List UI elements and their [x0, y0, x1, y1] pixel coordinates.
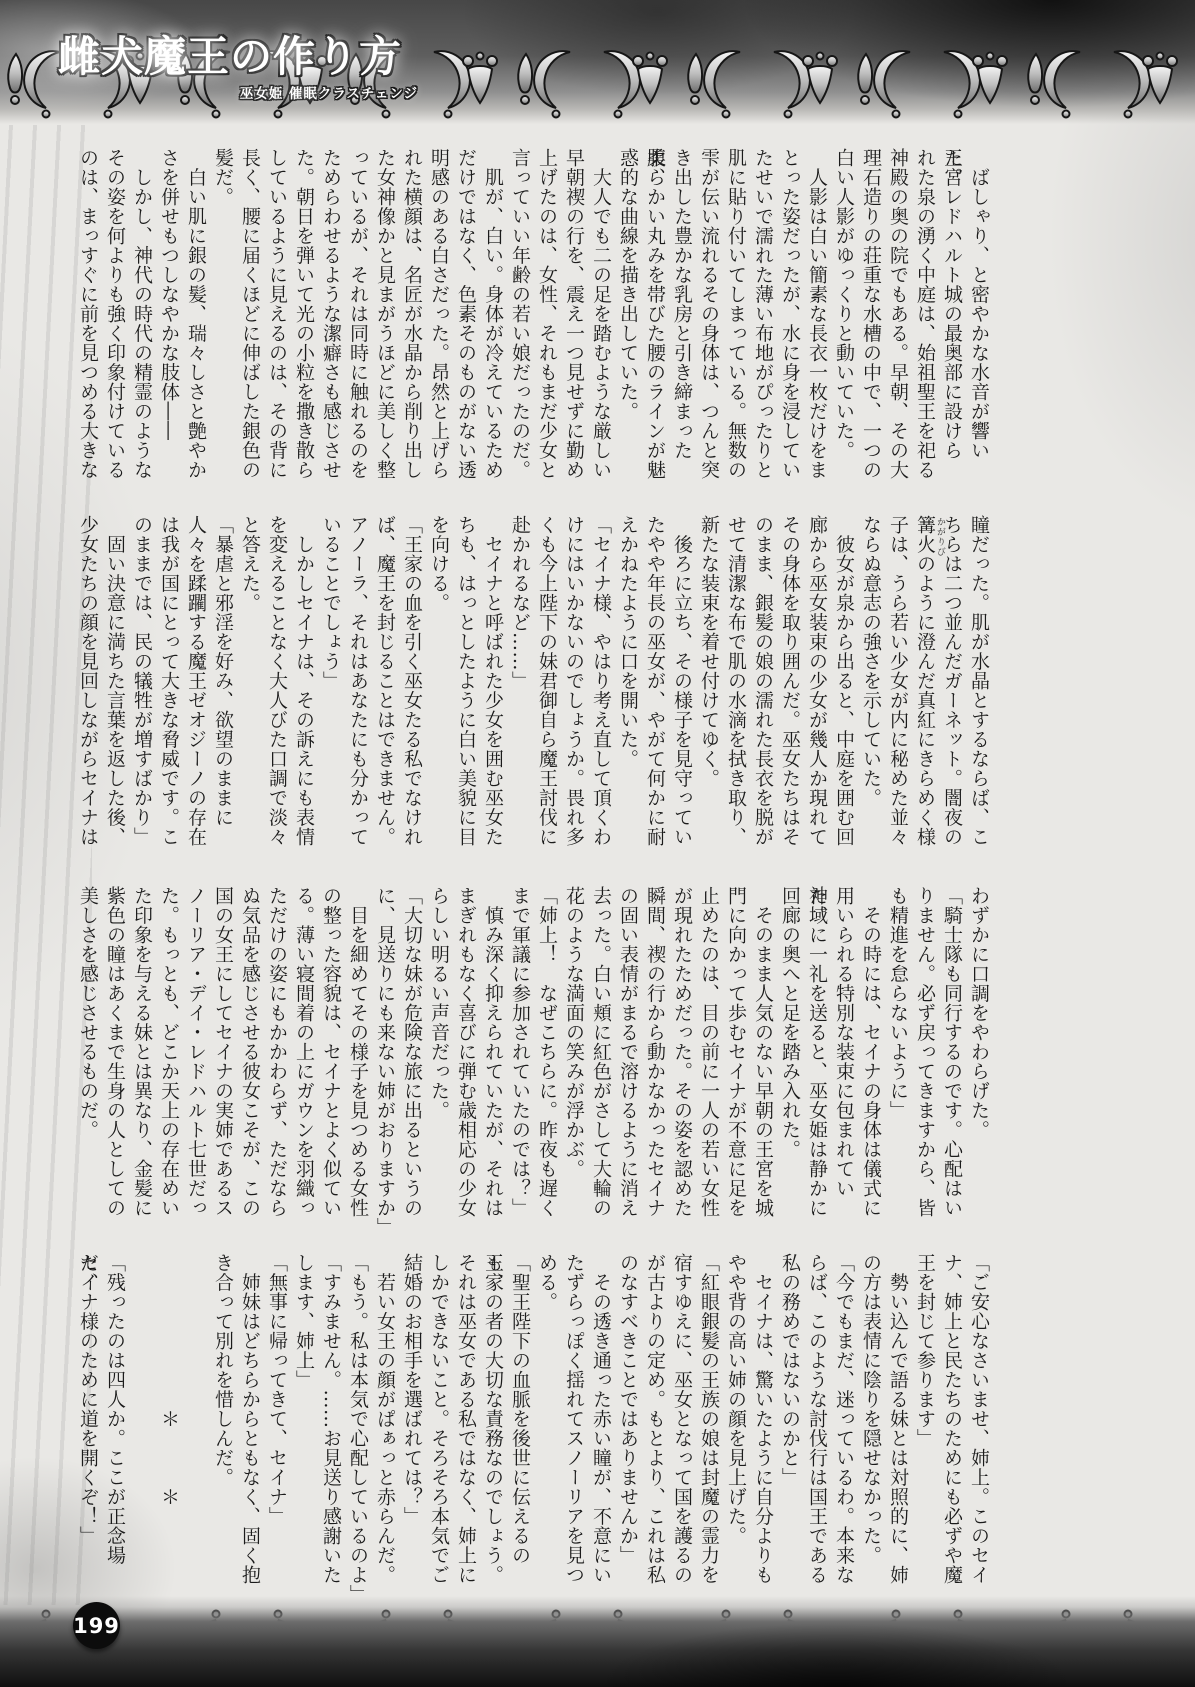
text-column: 理石造りの荘重な水槽の中で、一つの — [857, 148, 884, 494]
text-column: 雫が伝い流れるその身体は、つんと突 — [695, 148, 722, 494]
text-column: 人影は白い簡素な長衣一枚だけをま — [803, 148, 830, 494]
text-column: 「騎士隊も同行するのです。心配はい — [938, 886, 965, 1232]
text-column: き出した豊かな乳房と引き締まった腹、 — [668, 148, 695, 494]
novel-page: 雌犬魔王の作り方 巫女姫 催眠クラスチェンジ ばしゃり、と密やかな水音が響いた。… — [0, 0, 1195, 1687]
text-column: たやや年長の巫女が、やがて何かに耐 — [641, 515, 668, 861]
text-column: 去った。白い頬に紅色がさして大輪の — [587, 886, 614, 1232]
text-column: ならぬ意志の強さを示していた。 — [857, 515, 884, 861]
text-column: 私の務めではないのかと」 — [776, 1253, 803, 1599]
text-column: る。薄い寝間着の上にガウンを羽織っ — [290, 886, 317, 1232]
book-title: 雌犬魔王の作り方 — [58, 34, 418, 80]
text-column: 新たな装束を着せ付けてゆく。 — [695, 515, 722, 861]
text-column: 上げたのは、女性、それもまだ少女と — [533, 148, 560, 494]
text-column: 固い決意に満ちた言葉を返した後、 — [101, 515, 128, 861]
text-column: 止めたのは、目の前に一人の若い女性 — [695, 886, 722, 1232]
text-column: 神殿の奥の院でもある。早朝、その大 — [884, 148, 911, 494]
text-column: 若い女王の顔がぱぁっと赤らんだ。 — [371, 1253, 398, 1599]
text-column: 長く、腰に届くほどに伸ばした銀色の — [236, 148, 263, 494]
book-subtitle: 巫女姫 催眠クラスチェンジ — [58, 82, 418, 102]
text-column: 結婚のお相手を選ばれては？」 — [398, 1253, 425, 1599]
text-band-1: ばしゃり、と密やかな水音が響いた。王宮レドハルト城の最奥部に設けられた泉の湧く中… — [74, 148, 992, 494]
text-column: 大人でも二の足を踏むような厳しい — [587, 148, 614, 494]
text-column: 彼女が泉から出ると、中庭を囲む回 — [830, 515, 857, 861]
text-column — [182, 1253, 209, 1599]
text-column: 廊から巫女装束の少女が幾人か現れて — [803, 515, 830, 861]
text-column: ノーリア・デイ・レドハルト七世だっ — [182, 886, 209, 1232]
text-column: そのまま人気のない早朝の王宮を城 — [749, 886, 776, 1232]
text-column: その身体を取り囲んだ。巫女たちはそ — [776, 515, 803, 861]
text-column: 宿すゆえに、巫女となって国を護るの — [668, 1253, 695, 1599]
text-column: 白い人影がゆっくりと動いていた。 — [830, 148, 857, 494]
text-column: 勢い込んで語る妹とは対照的に、姉 — [884, 1253, 911, 1599]
text-column: セイナと呼ばれた少女を囲む巫女た — [479, 515, 506, 861]
text-column: 肌に貼り付いてしまっている。無数の — [722, 148, 749, 494]
text-column: やや背の高い姉の顔を見上げた。 — [722, 1253, 749, 1599]
text-column: たせいで濡れた薄い布地がぴったりと — [749, 148, 776, 494]
text-column: 赴かれるなど……」 — [506, 515, 533, 861]
text-column: の固い表情がまるで溶けるように消え — [614, 886, 641, 1232]
text-column: のままでは、民の犠牲が増すばかり」 — [128, 515, 155, 861]
text-column: 「今でもまだ、迷っているわ。本来な — [830, 1253, 857, 1599]
text-column: れた横顔は、名匠が水晶から削り出し — [398, 148, 425, 494]
text-column: 「もう。私は本気で心配しているのよ」 — [344, 1253, 371, 1599]
text-column: 「大切な妹が危険な旅に出るというの — [398, 886, 425, 1232]
text-column: れた泉の湧く中庭は、始祖聖王を祀る — [911, 148, 938, 494]
text-column: アノーラ、それはあなたにも分かって — [344, 515, 371, 861]
text-column: 神域に一礼を送ると、巫女姫は静かに — [803, 886, 830, 1232]
text-column: まで軍議に参加されていたのでは？」 — [506, 886, 533, 1232]
text-column: らしい明るい声音だった。 — [425, 886, 452, 1232]
title-block: 雌犬魔王の作り方 巫女姫 催眠クラスチェンジ — [58, 34, 418, 102]
text-column: しかできないこと。そろそろ本気でご — [425, 1253, 452, 1599]
text-column: せて清潔な布で肌の水滴を拭き取り、 — [722, 515, 749, 861]
text-column: の整った容貌は、セイナとよく似てい — [317, 886, 344, 1232]
text-column: と答えた。 — [236, 515, 263, 861]
text-column: しかし、神代の時代の精霊のような — [128, 148, 155, 494]
text-column: 門に向かって歩むセイナが不意に足を — [722, 886, 749, 1232]
text-column — [128, 1253, 155, 1599]
furigana-ruby: かがりび — [934, 517, 947, 567]
text-column: ただけの姿にもかかわらず、ただなら — [263, 886, 290, 1232]
text-column: たずらっぽく揺れてスノーリアを見つ — [560, 1253, 587, 1599]
text-column: その時には、セイナの身体は儀式に — [857, 886, 884, 1232]
text-column: 人々を蹂躙する魔王ゼオジーノの存在 — [182, 515, 209, 861]
text-column: 「暴虐と邪淫を好み、欲望のままに — [209, 515, 236, 861]
text-column: けにはいかないのでしょうか。畏れ多 — [560, 515, 587, 861]
text-column: 「紅眼銀髪の王族の娘は封魔の霊力を — [695, 1253, 722, 1599]
text-column: しかしセイナは、その訴えにも表情 — [290, 515, 317, 861]
page-number: 199 — [73, 1614, 120, 1638]
text-column: りません。必ず戻ってきますから、皆 — [911, 886, 938, 1232]
text-column: ぬ気品を感じさせる彼女こそが、この — [236, 886, 263, 1232]
text-column: 「セイナ様、やはり考え直して頂くわ — [587, 515, 614, 861]
text-column: わずかに口調をやわらげた。 — [965, 886, 992, 1232]
text-column: いることでしょう」 — [317, 515, 344, 861]
text-column: 美しさを感じさせるものだ。 — [74, 886, 101, 1232]
text-column: 明感のある白さだった。昂然と上げら — [425, 148, 452, 494]
text-column: とった姿だったが、水に身を浸してい — [776, 148, 803, 494]
text-column: める。 — [533, 1253, 560, 1599]
text-column: ばしゃり、と密やかな水音が響いた。 — [965, 148, 992, 494]
text-column: 「聖王陛下の血脈を後世に伝えるのも、 — [506, 1253, 533, 1599]
text-column: 子は、うら若い少女が内に秘めた並々 — [884, 515, 911, 861]
text-column: 回廊の奥へと足を踏み入れた。 — [776, 886, 803, 1232]
text-column: 後ろに立ち、その様子を見守ってい — [668, 515, 695, 861]
text-column: 「無事に帰ってきて、セイナ」 — [263, 1253, 290, 1599]
text-column: 髪だ。 — [209, 148, 236, 494]
page-number-badge: 199 — [73, 1602, 120, 1649]
text-column: 瞳だった。肌が水晶とするならば、こ — [965, 515, 992, 861]
text-column: は我が国にとって大きな脅威です。こ — [155, 515, 182, 861]
text-column: 目を細めてその様子を見つめる女性 — [344, 886, 371, 1232]
text-column: その透き通った赤い瞳が、不意にい — [587, 1253, 614, 1599]
text-column: 用いられる特別な装束に包まれていた。 — [830, 886, 857, 1232]
text-column: っているが、それは同時に触れるのを — [344, 148, 371, 494]
text-column: まぎれもなく喜びに弾む歳相応の少女 — [452, 886, 479, 1232]
text-column: セイナ様のために道を開くぞ！」 — [74, 1253, 101, 1599]
text-column: 早朝禊の行を、震え一つ見せずに勤め — [560, 148, 587, 494]
text-column: 国の女王にしてセイナの実姉であるス — [209, 886, 236, 1232]
text-column: た印象を与える妹とは異なり、金髪に — [128, 886, 155, 1232]
smoke-texture-bottom — [0, 1596, 1195, 1687]
text-column: き合って別れを惜しんだ。 — [209, 1253, 236, 1599]
text-column: 「すみません。……お見送り感謝いた — [317, 1253, 344, 1599]
text-column: 花のような満面の笑みが浮かぶ。 — [560, 886, 587, 1232]
text-column: のまま、銀髪の娘の濡れた長衣を脱が — [749, 515, 776, 861]
text-column: 白い肌に銀の髪、瑞々しさと艶やか — [182, 148, 209, 494]
text-column: 瞬間、禊の行から動かなかったセイナ — [641, 886, 668, 1232]
text-column: 言っていい年齢の若い娘だったのだ。 — [506, 148, 533, 494]
text-column: た。もっとも、どこか天上の存在めい — [155, 886, 182, 1232]
text-column: 「ご安心なさいませ、姉上。このセイ — [965, 1253, 992, 1599]
text-column: 「残ったのは四人か。ここが正念場だ、 — [101, 1253, 128, 1599]
text-column: 王を封じて参ります」 — [911, 1253, 938, 1599]
text-column: 慎み深く抑えられていたが、それは — [479, 886, 506, 1232]
text-column: のなすべきことではありませんか」 — [614, 1253, 641, 1599]
text-column: のは、まっすぐに前を見つめる大きな — [74, 148, 101, 494]
text-column: ば、魔王を封じることはできません。 — [371, 515, 398, 861]
text-column: に、見送りにも来ない姉がおりますか」 — [371, 886, 398, 1232]
text-column: ＊ ＊ — [155, 1253, 182, 1599]
text-column: 「姉上！ なぜこちらに。昨夜も遅く — [533, 886, 560, 1232]
text-column: ちも、はっとしたように白い美貌に目 — [452, 515, 479, 861]
text-column: 惑的な曲線を描き出していた。 — [614, 148, 641, 494]
text-column: らば、このような討伐行は国王である — [803, 1253, 830, 1599]
text-column: セイナは、驚いたように自分よりも — [749, 1253, 776, 1599]
text-column: た。朝日を弾いて光の小粒を撒き散ら — [290, 148, 317, 494]
text-column: 王宮レドハルト城の最奥部に設けら — [938, 148, 965, 494]
text-column: が古よりの定め。もとより、これは私 — [641, 1253, 668, 1599]
text-column: ナ、姉上と民たちのためにも必ずや魔 — [938, 1253, 965, 1599]
text-column: それは巫女である私ではなく、姉上に — [452, 1253, 479, 1599]
text-column: その姿を何よりも強く印象付けている — [101, 148, 128, 494]
text-column: を変えることなく大人びた口調で淡々 — [263, 515, 290, 861]
text-band-3: わずかに口調をやわらげた。「騎士隊も同行するのです。心配はいりません。必ず戻って… — [74, 886, 992, 1232]
text-column: さを併せもつしなやかな肢体―― — [155, 148, 182, 494]
text-column: た女神像かと見まがうほどに美しく整 — [371, 148, 398, 494]
text-column: 王家の者の大切な責務なのでしょう。 — [479, 1253, 506, 1599]
text-column: くも今上陛下の妹君御自ら魔王討伐に — [533, 515, 560, 861]
text-column: 「王家の血を引く巫女たる私でなけれ — [398, 515, 425, 861]
text-column: 紫色の瞳はあくまで生身の人としての — [101, 886, 128, 1232]
text-column: 少女たちの顔を見回しながらセイナは — [74, 515, 101, 861]
text-column: を向ける。 — [425, 515, 452, 861]
text-column: しているように見えるのは、その背に — [263, 148, 290, 494]
text-column: 肌が、白い。身体が冷えているため — [479, 148, 506, 494]
text-column: だけではなく、色素そのものがない透 — [452, 148, 479, 494]
text-column: ためらわせるような潔癖さも感じさせ — [317, 148, 344, 494]
text-column: が現れたためだった。その姿を認めた — [668, 886, 695, 1232]
text-band-4: 「ご安心なさいませ、姉上。このセイナ、姉上と民たちのためにも必ずや魔王を封じて参… — [74, 1253, 992, 1599]
text-column: の方は表情に陰りを隠せなかった。 — [857, 1253, 884, 1599]
text-band-2: 瞳だった。肌が水晶とするならば、こちらは二つ並んだガーネット。闇夜の篝火のように… — [74, 515, 992, 861]
text-column: します、姉上」 — [290, 1253, 317, 1599]
text-column: 柔らかい丸みを帯びた腰のラインが魅 — [641, 148, 668, 494]
text-column: も精進を怠らないように」 — [884, 886, 911, 1232]
text-column: えかねたように口を開いた。 — [614, 515, 641, 861]
text-column: 姉妹はどちらからともなく、固く抱 — [236, 1253, 263, 1599]
